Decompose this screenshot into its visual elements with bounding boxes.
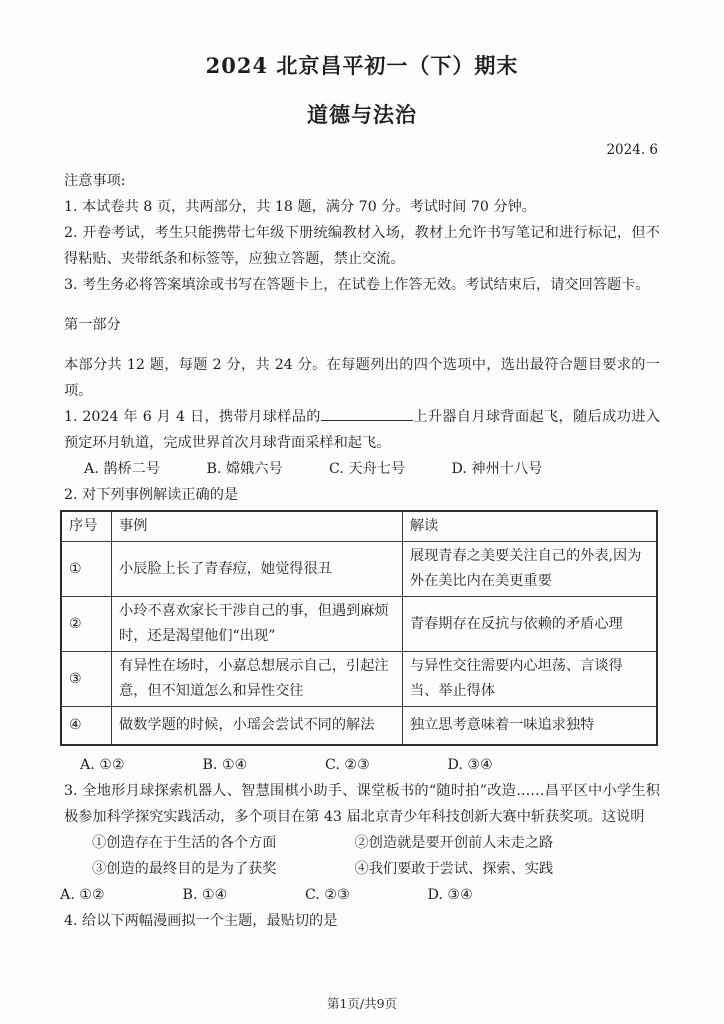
suboption-4: ④我们要敢于尝试、探索、实践 [355, 856, 554, 882]
page-number: 第1页/共9页 [0, 994, 724, 1012]
cell-interpretation: 青春期存在反抗与依赖的矛盾心理 [402, 597, 657, 652]
option-d: D. ③④ [428, 882, 473, 908]
cell-interpretation: 与异性交往需要内心坦荡、言谈得当、举止得体 [402, 652, 657, 707]
question-1-options: A. 鹊桥二号 B. 嫦娥六号 C. 天舟七号 D. 神州十八号 [64, 456, 660, 482]
part1-intro: 本部分共 12 题，每题 2 分，共 24 分。在每题列出的四个选项中，选出最符… [64, 352, 660, 404]
subject-title: 道德与法治 [64, 101, 660, 128]
suboption-3: ③创造的最终目的是为了获奖 [92, 856, 350, 882]
cell-case: 做数学题的时候，小瑶会尝试不同的解法 [112, 707, 403, 745]
table-row: ④ 做数学题的时候，小瑶会尝试不同的解法 独立思考意味着一味追求独特 [61, 707, 657, 745]
question-2-table: 序号 事例 解读 ① 小辰脸上长了青春痘，她觉得很丑 展现青春之美要关注自己的外… [60, 510, 658, 746]
header-case: 事例 [112, 511, 403, 542]
question-3-text: 3. 全地形月球探索机器人、智慧围棋小助手、课堂板书的“随时拍”改造……昌平区中… [64, 778, 660, 830]
cell-case: 小辰脸上长了青春痘，她觉得很丑 [112, 542, 403, 597]
option-b: B. ①④ [183, 882, 301, 908]
exam-paper-page: 2024 北京昌平初一（下）期末 道德与法治 2024. 6 注意事项: 1. … [0, 0, 724, 1024]
table-row: ① 小辰脸上长了青春痘，她觉得很丑 展现青春之美要关注自己的外表,因为外在美比内… [61, 542, 657, 597]
table-row: ③ 有异性在场时，小嘉总想展示自己，引起注意，但不知道怎么和异性交往 与异性交往… [61, 652, 657, 707]
question-2-options: A. ①② B. ①④ C. ②③ D. ③④ [64, 752, 660, 778]
notices-heading: 注意事项: [64, 168, 660, 194]
option-b: B. 嫦娥六号 [207, 456, 325, 482]
exam-title: 2024 北京昌平初一（下）期末 [64, 52, 660, 79]
fill-in-blank [321, 408, 413, 421]
part1-heading: 第一部分 [64, 312, 660, 338]
option-b: B. ①④ [203, 752, 321, 778]
question-4-text: 4. 给以下两幅漫画拟一个主题，最贴切的是 [64, 908, 660, 934]
cell-number: ① [61, 542, 112, 597]
option-d: D. 神州十八号 [452, 456, 543, 482]
option-c: C. ②③ [305, 882, 423, 908]
option-a: A. ①② [60, 882, 178, 908]
question-3-suboptions-34: ③创造的最终目的是为了获奖 ④我们要敢于尝试、探索、实践 [64, 856, 660, 882]
cell-number: ② [61, 597, 112, 652]
question-1-text: 1. 2024 年 6 月 4 日，携带月球样品的上升器自月球背面起飞，随后成功… [64, 404, 660, 456]
table-row: ② 小玲不喜欢家长干涉自己的事，但遇到麻烦时，还是渴望他们“出现” 青春期存在反… [61, 597, 657, 652]
notice-item-2: 2. 开卷考试，考生只能携带七年级下册统编教材入场，教材上允许书写笔记和进行标记… [64, 220, 660, 272]
option-a: A. ①② [80, 752, 198, 778]
cell-case: 有异性在场时，小嘉总想展示自己，引起注意，但不知道怎么和异性交往 [112, 652, 403, 707]
cell-interpretation: 展现青春之美要关注自己的外表,因为外在美比内在美更重要 [402, 542, 657, 597]
option-a: A. 鹊桥二号 [84, 456, 202, 482]
suboption-1: ①创造存在于生活的各个方面 [92, 830, 350, 856]
question-3-options: A. ①② B. ①④ C. ②③ D. ③④ [60, 882, 660, 908]
suboption-2: ②创造就是要开创前人未走之路 [355, 830, 554, 856]
header-interpretation: 解读 [402, 511, 657, 542]
page-content: 2024 北京昌平初一（下）期末 道德与法治 2024. 6 注意事项: 1. … [0, 0, 724, 934]
cell-number: ③ [61, 652, 112, 707]
notice-item-1: 1. 本试卷共 8 页，共两部分，共 18 题，满分 70 分。考试时间 70 … [64, 194, 660, 220]
cell-case: 小玲不喜欢家长干涉自己的事，但遇到麻烦时，还是渴望他们“出现” [112, 597, 403, 652]
option-c: C. 天舟七号 [329, 456, 447, 482]
option-c: C. ②③ [325, 752, 443, 778]
table-header-row: 序号 事例 解读 [61, 511, 657, 542]
question-2-lead: 2. 对下列事例解读正确的是 [64, 482, 660, 508]
header-number: 序号 [61, 511, 112, 542]
cell-interpretation: 独立思考意味着一味追求独特 [402, 707, 657, 745]
question-3-suboptions-12: ①创造存在于生活的各个方面 ②创造就是要开创前人未走之路 [64, 830, 660, 856]
cell-number: ④ [61, 707, 112, 745]
option-d: D. ③④ [448, 752, 493, 778]
question-1-text-before: 1. 2024 年 6 月 4 日，携带月球样品的 [64, 409, 321, 425]
exam-date: 2024. 6 [64, 142, 660, 162]
notice-item-3: 3. 考生务必将答案填涂或书写在答题卡上，在试卷上作答无效。考试结束后，请交回答… [64, 272, 660, 298]
